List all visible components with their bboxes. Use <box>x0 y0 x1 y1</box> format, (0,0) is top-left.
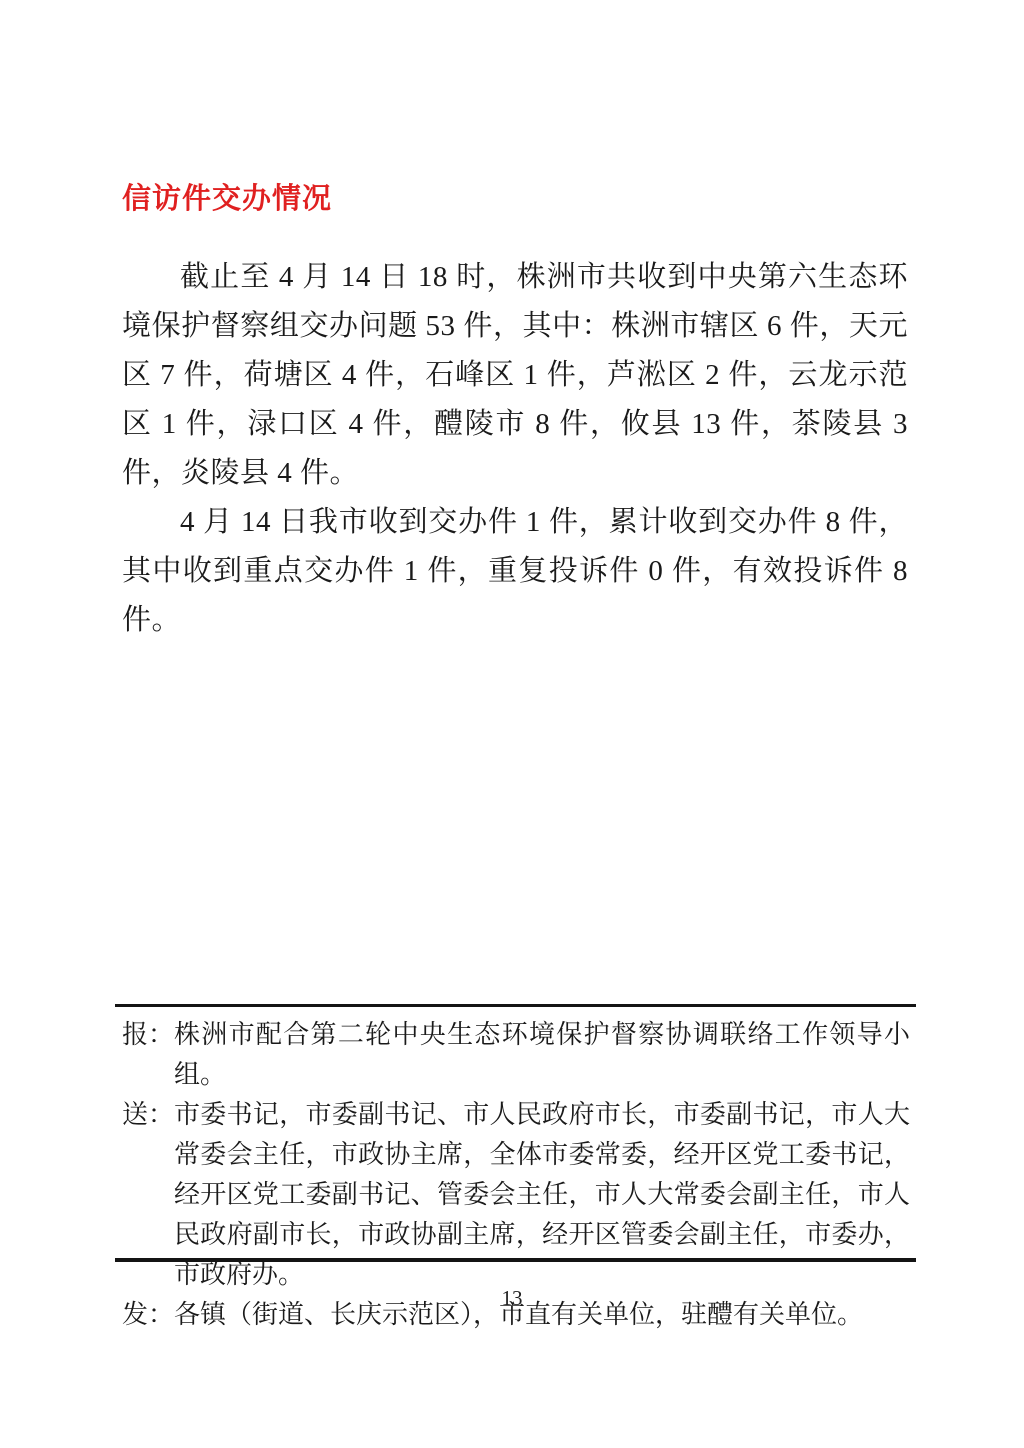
footer-bottom-rule <box>115 1258 916 1262</box>
document-page: { "page": { "heading": "信访件交办情况", "parag… <box>0 0 1024 1448</box>
paragraph-summary-total: 截止至 4 月 14 日 18 时，株洲市共收到中央第六生态环境保护督察组交办问… <box>122 253 908 498</box>
body-text: 截止至 4 月 14 日 18 时，株洲市共收到中央第六生态环境保护督察组交办问… <box>122 253 908 645</box>
footer-row-song: 送： 市委书记，市委副书记、市人民政府市长，市委副书记，市人大常委会主任，市政协… <box>122 1095 910 1295</box>
footer-text-song: 市委书记，市委副书记、市人民政府市长，市委副书记，市人大常委会主任，市政协主席，… <box>174 1095 910 1295</box>
footer-top-rule <box>115 1004 916 1007</box>
paragraph-summary-daily: 4 月 14 日我市收到交办件 1 件，累计收到交办件 8 件，其中收到重点交办… <box>122 498 908 645</box>
page-number: 13 <box>0 1284 1024 1312</box>
footer-text-bao: 株洲市配合第二轮中央生态环境保护督察协调联络工作领导小组。 <box>174 1015 910 1095</box>
section-heading: 信访件交办情况 <box>122 182 332 216</box>
footer-label-song: 送： <box>122 1095 174 1135</box>
footer-label-bao: 报： <box>122 1015 174 1055</box>
footer-row-bao: 报： 株洲市配合第二轮中央生态环境保护督察协调联络工作领导小组。 <box>122 1015 910 1095</box>
